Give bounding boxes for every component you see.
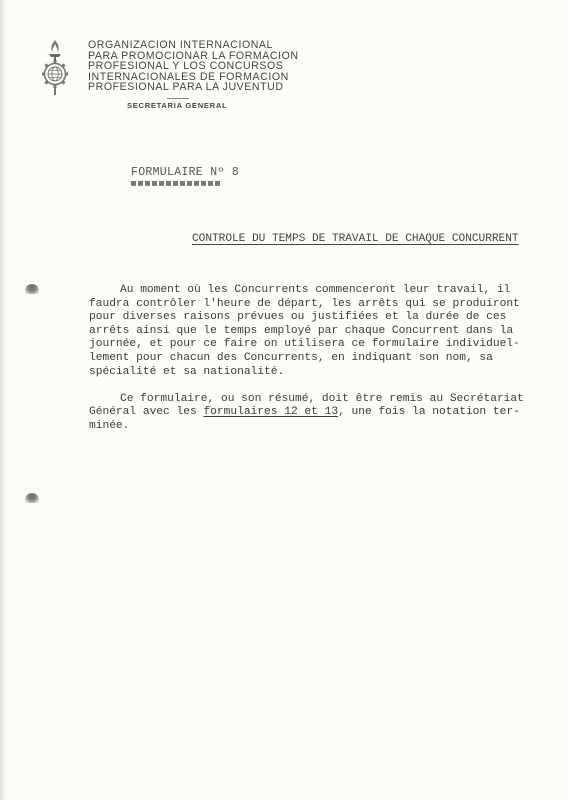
paragraph-submission: Ce formulaire, ou son résumé, doit être …: [89, 393, 549, 434]
form-number-underline: [131, 181, 222, 185]
page-edge-shadow: [0, 0, 5, 800]
document-title: CONTROLE DU TEMPS DE TRAVAIL DE CHAQUE C…: [192, 233, 519, 245]
organization-name: ORGANIZACION INTERNACIONAL PARA PROMOCIO…: [88, 40, 299, 93]
paragraph-line: lement pour chacun des Concurrents, en i…: [89, 352, 549, 366]
punch-hole-icon: [25, 284, 39, 294]
forms-reference: formulaires 12 et 13: [203, 406, 338, 418]
punch-hole-icon: [25, 493, 39, 503]
paragraph-line: journée, et pour ce faire on utilisera c…: [89, 338, 549, 352]
paragraph-line: pour diverses raisons prévues ou justifi…: [89, 311, 549, 325]
paragraph-line: spécialité et sa nationalité.: [89, 366, 549, 380]
document-body: Au moment où les Concurrents commenceron…: [89, 284, 549, 434]
paragraph-line: minée.: [89, 420, 549, 434]
paragraph-text: , une fois la notation ter-: [338, 406, 520, 418]
organization-name-line: PROFESIONAL PARA LA JUVENTUD: [88, 82, 299, 93]
paragraph-line: arrêts ainsi que le temps employé par ch…: [89, 325, 549, 339]
paragraph-text: Général avec les: [89, 406, 203, 418]
organization-emblem-icon: [42, 38, 68, 96]
paragraph-line: Général avec les formulaires 12 et 13, u…: [89, 406, 549, 420]
paragraph-spacer: [89, 379, 549, 393]
paragraph-line: faudra contrôler l'heure de départ, les …: [89, 298, 549, 312]
letterhead-divider: [167, 98, 189, 99]
department-name: SECRETARIA GENERAL: [127, 101, 227, 110]
paragraph-instructions: Au moment où les Concurrents commenceron…: [89, 284, 549, 379]
organization-name-line: ORGANIZACION INTERNACIONAL: [88, 40, 299, 51]
paragraph-line: Ce formulaire, ou son résumé, doit être …: [89, 393, 549, 407]
paragraph-line: Au moment où les Concurrents commenceron…: [89, 284, 549, 298]
form-number: FORMULAIRE Nº 8: [131, 166, 239, 179]
